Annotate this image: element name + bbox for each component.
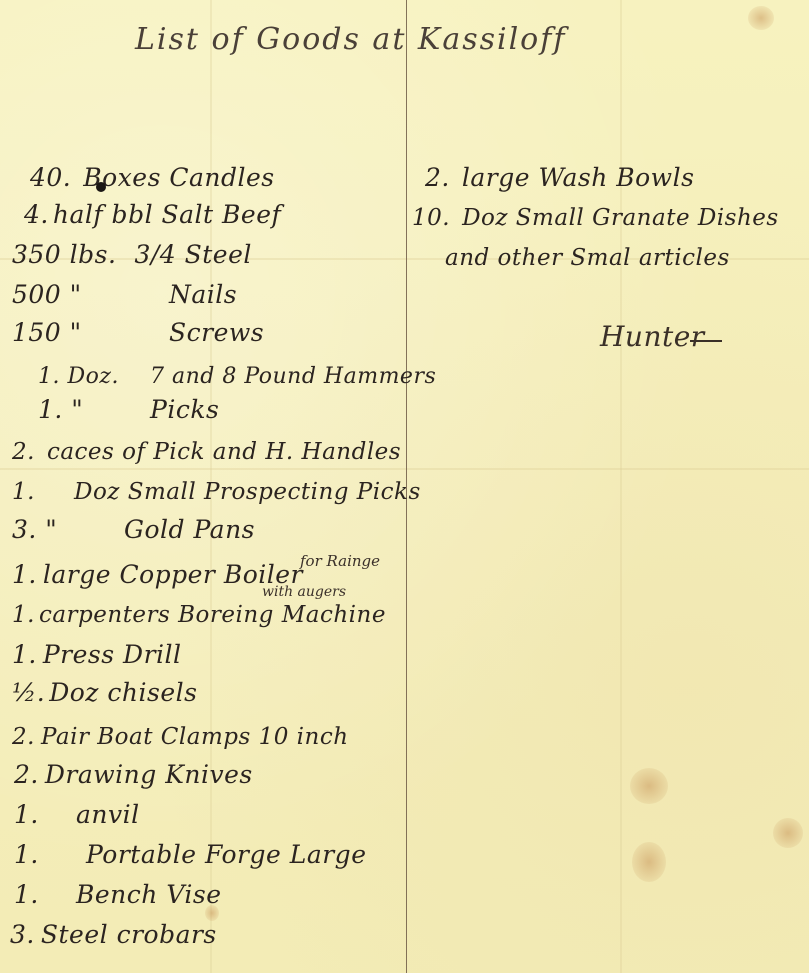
list-item: 1.Portable Forge Large xyxy=(14,840,366,870)
list-item: 1.Bench Vise xyxy=(14,880,222,910)
ink-blot xyxy=(96,182,106,192)
list-item: 2.Pair Boat Clamps 10 inch xyxy=(12,722,349,752)
item-quantity: 3. xyxy=(10,920,35,950)
paper-stain xyxy=(632,842,666,882)
list-item: 1.carpenters Boreing Machine xyxy=(12,600,386,630)
item-description: and other Smal articles xyxy=(445,245,730,271)
item-description: Gold Pans xyxy=(124,515,255,544)
item-description: Doz chisels xyxy=(49,678,197,707)
item-quantity: 1. " xyxy=(38,395,138,425)
item-description: 3/4 Steel xyxy=(134,240,251,269)
item-description: Steel crobars xyxy=(41,920,217,949)
item-quantity: 1. xyxy=(14,800,64,830)
list-item: 150 "Screws xyxy=(12,318,264,348)
paper-stain xyxy=(773,818,803,848)
item-description: Doz Small Granate Dishes xyxy=(462,205,779,231)
item-quantity: 350 lbs. xyxy=(12,240,116,270)
paper-stain xyxy=(748,6,774,30)
list-item: 1.large Copper Boiler xyxy=(12,560,303,590)
list-item: ½.Doz chisels xyxy=(12,678,197,708)
item-quantity: 1. xyxy=(14,840,74,870)
item-description: Boxes Candles xyxy=(83,163,274,192)
item-description: Portable Forge Large xyxy=(86,840,366,869)
item-quantity: 1. xyxy=(12,640,37,670)
list-item: 2.caces of Pick and H. Handles xyxy=(12,437,401,467)
item-quantity: 4. xyxy=(24,200,49,230)
list-item: 1. Doz.7 and 8 Pound Hammers xyxy=(38,362,436,392)
list-item: 1. "Picks xyxy=(38,395,219,425)
signature-flourish xyxy=(690,340,722,342)
item-quantity: 150 " xyxy=(12,318,157,348)
document-title: List of Goods at Kassiloff xyxy=(135,22,566,57)
item-quantity: 10. xyxy=(412,203,450,233)
list-item: 40.Boxes Candles xyxy=(30,163,275,193)
item-description: Screws xyxy=(169,318,264,347)
list-item: 3. "Gold Pans xyxy=(12,515,255,545)
annotation-for-rainge: for Rainge xyxy=(300,552,380,570)
list-item: 1.Press Drill xyxy=(12,640,182,670)
item-description: carpenters Boreing Machine xyxy=(39,602,386,628)
list-item: 4.half bbl Salt Beef xyxy=(24,200,281,230)
list-item: 1.anvil xyxy=(14,800,140,830)
item-quantity: 2. xyxy=(12,437,35,467)
list-item: 1.Doz Small Prospecting Picks xyxy=(12,477,421,507)
item-quantity: 2. xyxy=(12,722,35,752)
item-description: Bench Vise xyxy=(76,880,222,909)
item-quantity: 3. " xyxy=(12,515,112,545)
item-description: Picks xyxy=(150,395,219,424)
item-quantity: ½. xyxy=(12,678,45,708)
item-description: Press Drill xyxy=(43,640,182,669)
item-quantity: 1. Doz. xyxy=(38,362,138,392)
item-description: 7 and 8 Pound Hammers xyxy=(150,364,436,389)
signature: Hunter xyxy=(600,320,705,353)
item-description: Doz Small Prospecting Picks xyxy=(74,479,421,505)
list-item: 2.large Wash Bowls xyxy=(425,163,694,193)
list-item: 3.Steel crobars xyxy=(10,920,217,950)
handwritten-document-page: List of Goods at Kassiloff 40.Boxes Cand… xyxy=(0,0,809,973)
list-item: 500 "Nails xyxy=(12,280,237,310)
item-quantity: 1. xyxy=(14,880,64,910)
item-quantity: 1. xyxy=(12,477,62,507)
list-item: and other Smal articles xyxy=(445,243,730,273)
item-description: anvil xyxy=(76,800,140,829)
paper-fold-crease xyxy=(0,468,809,470)
item-description: large Wash Bowls xyxy=(462,163,695,192)
item-quantity: 2. xyxy=(425,163,450,193)
item-quantity: 40. xyxy=(30,163,71,193)
item-quantity: 2. xyxy=(14,760,39,790)
item-quantity: 1. xyxy=(12,600,35,630)
annotation-with-augers: with augers xyxy=(262,584,346,600)
list-item: 2.Drawing Knives xyxy=(14,760,253,790)
item-quantity: 500 " xyxy=(12,280,157,310)
item-description: caces of Pick and H. Handles xyxy=(47,439,401,465)
paper-stain xyxy=(630,768,668,804)
item-description: half bbl Salt Beef xyxy=(53,200,281,229)
item-description: Drawing Knives xyxy=(45,760,253,789)
paper-fold-crease xyxy=(620,0,622,973)
list-item: 10.Doz Small Granate Dishes xyxy=(412,203,779,233)
item-quantity: 1. xyxy=(12,560,37,590)
list-item: 350 lbs.3/4 Steel xyxy=(12,240,252,270)
item-description: Nails xyxy=(169,280,237,309)
item-description: Pair Boat Clamps 10 inch xyxy=(41,724,349,750)
